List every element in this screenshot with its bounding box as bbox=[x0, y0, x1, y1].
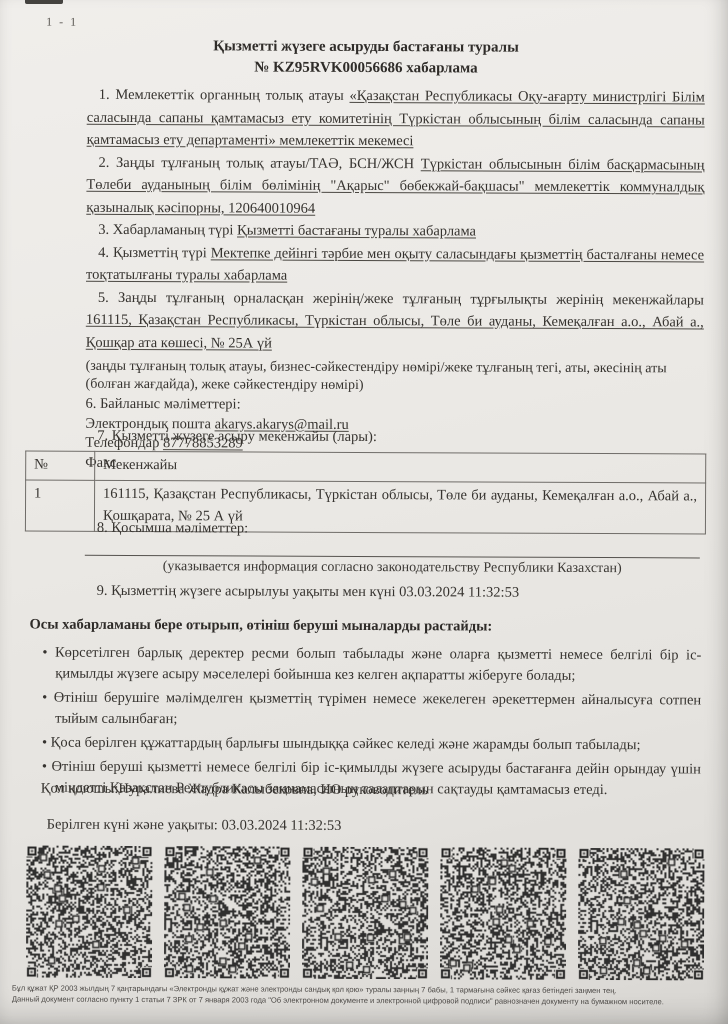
paragraph-5-value: 161115, Қазақстан Республикасы, Түркіста… bbox=[86, 312, 704, 351]
signature-barcode bbox=[578, 848, 705, 981]
signature-barcode bbox=[26, 846, 153, 979]
paragraph-8-heading: 8. Қосымша мәліметтер: bbox=[97, 520, 248, 538]
document-content: 1 - 1 Қызметті жүзеге асыруды бастағаны … bbox=[0, 0, 728, 1024]
document-title-line2: № KZ95RVK00056686 хабарлама bbox=[2, 56, 728, 80]
confirmation-bullet-1: • Көрсетілген барлық деректер ресми болы… bbox=[29, 643, 701, 688]
address-table-header-row: № Мекенжайы bbox=[26, 451, 706, 483]
paragraph-9-value: 03.03.2024 11:32:53 bbox=[399, 584, 519, 601]
issued-datetime-line: Берілген күні және уақыты: 03.03.2024 11… bbox=[47, 817, 342, 835]
paragraph-3: 3. Хабарламаның түрі Қызметті бастағаны … bbox=[86, 219, 704, 244]
signature-barcode bbox=[164, 846, 291, 979]
document-title: Қызметті жүзеге асыруды бастағаны туралы… bbox=[2, 35, 728, 80]
confirmation-bullet-2: • Өтініш берушіге мәлімделген қызметтің … bbox=[29, 688, 701, 733]
paragraph-5-label: 5. Заңды тұлғаның орналасқан жерінің/жек… bbox=[98, 289, 704, 308]
signature-barcode-row bbox=[26, 846, 705, 981]
paragraph-5-note: (заңды тұлғаның толық атауы, бизнес-сәйк… bbox=[86, 358, 704, 396]
address-table-header-address: Мекенжайы bbox=[95, 451, 706, 483]
signer-line: Қол қоюшы:Нуралиева Жадра Калыбековна, И… bbox=[41, 781, 428, 800]
paragraph-9-label: 9. Қызметтің жүзеге асырылуы уақыты мен … bbox=[97, 583, 400, 600]
confirmation-bullet-3: • Қоса берілген құжаттардың барлығы шынд… bbox=[29, 733, 701, 757]
confirmation-block: Осы хабарламаны бере отырып, өтініш беру… bbox=[29, 615, 702, 805]
paragraph-3-value: Қызметті бастағаны туралы хабарлама bbox=[237, 222, 476, 239]
paragraph-1: 1. Мемлекеттік органның толық атауы «Қаз… bbox=[87, 84, 705, 154]
fill-in-line bbox=[85, 555, 700, 559]
scanned-document-page: 1 - 1 Қызметті жүзеге асыруды бастағаны … bbox=[0, 0, 728, 1024]
address-row-number: 1 bbox=[25, 480, 94, 531]
paragraph-2: 2. Заңды тұлғаның толық атауы/ТАӘ, БСН/Ж… bbox=[86, 151, 704, 221]
paragraph-2-label: 2. Заңды тұлғаның толық атауы/ТАӘ, БСН/Ж… bbox=[98, 154, 420, 171]
paragraph-4-label: 4. Қызметтің түрі bbox=[98, 244, 211, 260]
paragraph-9: 9. Қызметтің жүзеге асырылуы уақыты мен … bbox=[97, 583, 520, 602]
legal-footer: Бұл құжат ҚР 2003 жылдың 7 қаңтарындағы … bbox=[12, 983, 718, 1007]
paragraph-3-label: 3. Хабарламаның түрі bbox=[98, 222, 237, 239]
address-table-header-number: № bbox=[26, 451, 95, 480]
contact-heading: 6. Байланыс мәліметтері: bbox=[85, 395, 703, 417]
confirmation-heading: Осы хабарламаны бере отырып, өтініш беру… bbox=[29, 615, 701, 639]
paragraph-7-heading: 7. Қызметті жүзеге асыру мекенжайы (лары… bbox=[97, 428, 377, 446]
signature-barcode bbox=[440, 847, 567, 980]
main-text-block: 1. Мемлекеттік органның толық атауы «Қаз… bbox=[85, 84, 705, 476]
paragraph-1-label: 1. Мемлекеттік органның толық атауы bbox=[99, 87, 350, 104]
paragraph-5: 5. Заңды тұлғаның орналасқан жерінің/жек… bbox=[86, 286, 704, 356]
paragraph-8-note: (указывается информация согласно законод… bbox=[85, 559, 700, 578]
signature-barcode bbox=[302, 847, 429, 980]
page-indicator: 1 - 1 bbox=[46, 15, 78, 30]
paragraph-4: 4. Қызметтің түрі Мектепке дейінгі тәрби… bbox=[86, 241, 704, 289]
